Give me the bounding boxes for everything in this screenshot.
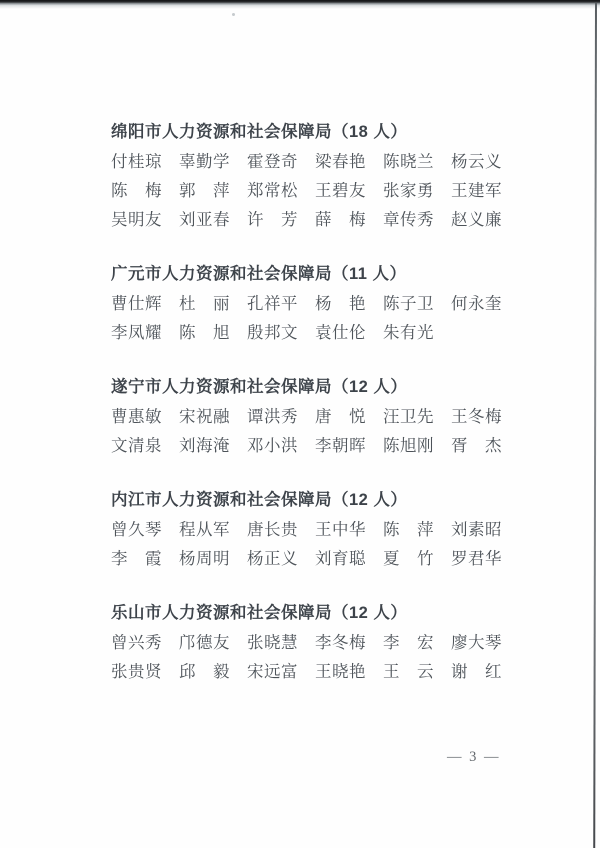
bureau-section: 广元市人力资源和社会保障局（11 人） 曹仕辉杜 丽孔祥平杨 艳陈子卫何永奎李凤… xyxy=(111,260,502,347)
person-name: 程从军 xyxy=(179,515,230,544)
name-row: 付桂琼辜勤学霍登奇梁春艳陈晓兰杨云义 xyxy=(111,147,502,176)
name-row: 李 霞杨周明杨正义刘育聪夏 竹罗君华 xyxy=(111,544,502,573)
person-name: 袁仕伦 xyxy=(315,318,366,347)
person-name: 李朝晖 xyxy=(315,431,366,460)
person-name: 陈子卫 xyxy=(383,289,434,318)
name-row: 曹仕辉杜 丽孔祥平杨 艳陈子卫何永奎 xyxy=(111,289,502,318)
person-name: 王建军 xyxy=(451,176,502,205)
person-name: 李凤耀 xyxy=(111,318,162,347)
person-name: 杨 艳 xyxy=(315,289,366,318)
person-name: 唐 悦 xyxy=(315,402,366,431)
person-name: 杜 丽 xyxy=(179,289,230,318)
scan-top-edge xyxy=(0,0,600,9)
person-name: 霍登奇 xyxy=(247,147,298,176)
bureau-title: 乐山市人力资源和社会保障局（12 人） xyxy=(111,599,502,628)
person-name: 李 宏 xyxy=(383,628,434,657)
bureau-title: 内江市人力资源和社会保障局（12 人） xyxy=(111,486,502,515)
person-name: 曹惠敏 xyxy=(111,402,162,431)
person-name: 曾兴秀 xyxy=(111,628,162,657)
scanned-document-page: 绵阳市人力资源和社会保障局（18 人） 付桂琼辜勤学霍登奇梁春艳陈晓兰杨云义陈 … xyxy=(0,0,600,848)
person-name: 王 云 xyxy=(383,657,434,686)
person-name: 宋祝融 xyxy=(179,402,230,431)
person-name: 王碧友 xyxy=(315,176,366,205)
name-row: 陈 梅郭 萍郑常松王碧友张家勇王建军 xyxy=(111,176,502,205)
person-name: 殷邦文 xyxy=(247,318,298,347)
person-name: 唐长贵 xyxy=(247,515,298,544)
person-name: 孔祥平 xyxy=(247,289,298,318)
person-name: 刘亚春 xyxy=(179,205,230,234)
person-name: 许 芳 xyxy=(247,205,298,234)
person-name: 付桂琼 xyxy=(111,147,162,176)
person-name: 何永奎 xyxy=(451,289,502,318)
person-name: 陈晓兰 xyxy=(383,147,434,176)
person-name: 郑常松 xyxy=(247,176,298,205)
person-name: 刘育聪 xyxy=(315,544,366,573)
person-name: 邓小洪 xyxy=(247,431,298,460)
person-name: 辜勤学 xyxy=(179,147,230,176)
person-name: 宋远富 xyxy=(247,657,298,686)
person-name: 张贵贤 xyxy=(111,657,162,686)
person-name: 曾久琴 xyxy=(111,515,162,544)
bureau-section: 遂宁市人力资源和社会保障局（12 人） 曹惠敏宋祝融谭洪秀唐 悦汪卫先王冬梅文清… xyxy=(111,373,502,460)
person-name: 邱 毅 xyxy=(179,657,230,686)
person-name: 杨周明 xyxy=(179,544,230,573)
person-name: 梁春艳 xyxy=(315,147,366,176)
name-row: 吴明友刘亚春许 芳薛 梅章传秀赵义廉 xyxy=(111,205,502,234)
person-name: 夏 竹 xyxy=(383,544,434,573)
name-row: 李凤耀陈 旭殷邦文袁仕伦朱有光 xyxy=(111,318,502,347)
bureau-section: 绵阳市人力资源和社会保障局（18 人） 付桂琼辜勤学霍登奇梁春艳陈晓兰杨云义陈 … xyxy=(111,118,502,234)
person-name: 胥 杰 xyxy=(451,431,502,460)
name-row: 张贵贤邱 毅宋远富王晓艳王 云谢 红 xyxy=(111,657,502,686)
person-name: 朱有光 xyxy=(383,318,434,347)
person-name: 汪卫先 xyxy=(383,402,434,431)
person-name: 赵义廉 xyxy=(451,205,502,234)
document-body: 绵阳市人力资源和社会保障局（18 人） 付桂琼辜勤学霍登奇梁春艳陈晓兰杨云义陈 … xyxy=(111,118,502,712)
person-name: 李 霞 xyxy=(111,544,162,573)
person-name: 陈 旭 xyxy=(179,318,230,347)
person-name: 陈 萍 xyxy=(383,515,434,544)
person-name: 杨云义 xyxy=(451,147,502,176)
person-name: 谭洪秀 xyxy=(247,402,298,431)
person-name: 王冬梅 xyxy=(451,402,502,431)
person-name: 张晓慧 xyxy=(247,628,298,657)
person-name: 邝德友 xyxy=(179,628,230,657)
person-name: 陈 梅 xyxy=(111,176,162,205)
page-number: — 3 — xyxy=(447,747,501,767)
bureau-title: 广元市人力资源和社会保障局（11 人） xyxy=(111,260,502,289)
person-name: 谢 红 xyxy=(451,657,502,686)
name-row: 曹惠敏宋祝融谭洪秀唐 悦汪卫先王冬梅 xyxy=(111,402,502,431)
bureau-title: 绵阳市人力资源和社会保障局（18 人） xyxy=(111,118,502,147)
person-name: 王中华 xyxy=(315,515,366,544)
name-row: 曾兴秀邝德友张晓慧李冬梅李 宏廖大琴 xyxy=(111,628,502,657)
person-name: 廖大琴 xyxy=(451,628,502,657)
person-name: 郭 萍 xyxy=(179,176,230,205)
person-name: 李冬梅 xyxy=(315,628,366,657)
person-name: 罗君华 xyxy=(451,544,502,573)
name-row: 曾久琴程从军唐长贵王中华陈 萍刘素昭 xyxy=(111,515,502,544)
bureau-title: 遂宁市人力资源和社会保障局（12 人） xyxy=(111,373,502,402)
scan-speck xyxy=(232,13,235,16)
person-name: 杨正义 xyxy=(247,544,298,573)
person-name: 刘素昭 xyxy=(451,515,502,544)
person-name: 曹仕辉 xyxy=(111,289,162,318)
person-name: 章传秀 xyxy=(383,205,434,234)
person-name: 文清泉 xyxy=(111,431,162,460)
name-row: 文清泉刘海淹邓小洪李朝晖陈旭刚胥 杰 xyxy=(111,431,502,460)
person-name: 王晓艳 xyxy=(315,657,366,686)
person-name: 吴明友 xyxy=(111,205,162,234)
bureau-section: 内江市人力资源和社会保障局（12 人） 曾久琴程从军唐长贵王中华陈 萍刘素昭李 … xyxy=(111,486,502,573)
person-name: 张家勇 xyxy=(383,176,434,205)
person-name: 陈旭刚 xyxy=(383,431,434,460)
person-name: 薛 梅 xyxy=(315,205,366,234)
person-name: 刘海淹 xyxy=(179,431,230,460)
bureau-section: 乐山市人力资源和社会保障局（12 人） 曾兴秀邝德友张晓慧李冬梅李 宏廖大琴张贵… xyxy=(111,599,502,686)
scan-right-edge xyxy=(593,3,597,848)
